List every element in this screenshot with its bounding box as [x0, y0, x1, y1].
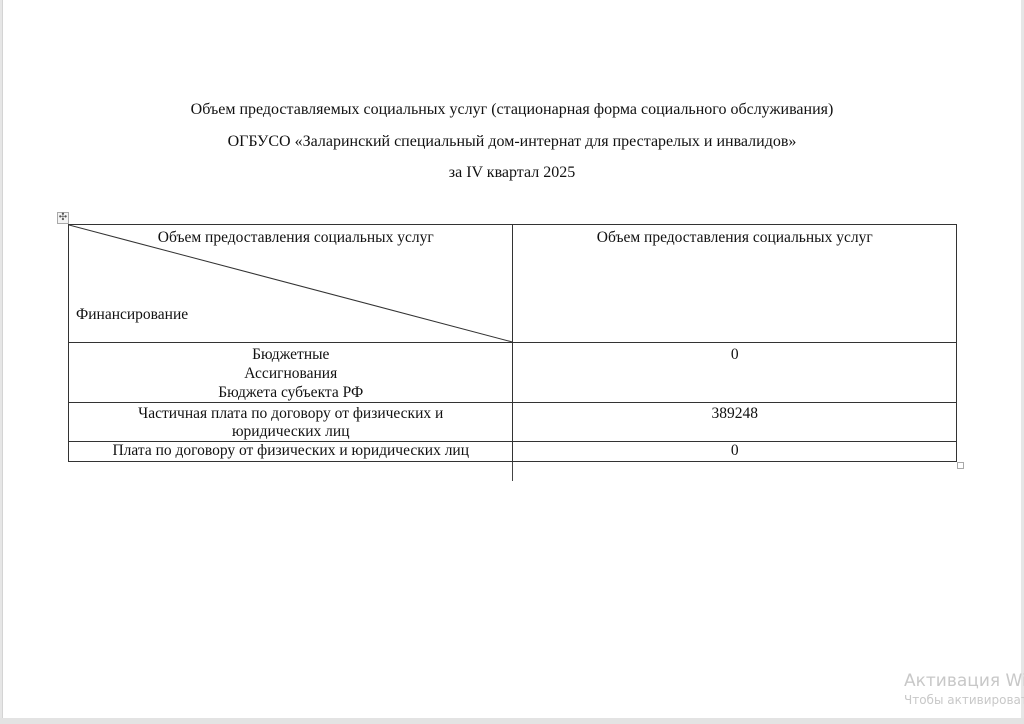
header-column2-cell[interactable]: Объем предоставления социальных услуг — [513, 225, 957, 343]
row-label-cell[interactable]: Бюджетные Ассигнования Бюджета субъекта … — [69, 343, 513, 403]
row-value-cell[interactable]: 0 — [513, 442, 957, 462]
page-bottom-edge — [0, 718, 1024, 724]
table-row: Частичная плата по договору от физически… — [69, 403, 957, 442]
header-volume-label: Объем предоставления социальных услуг — [69, 228, 512, 247]
table-row: Бюджетные Ассигнования Бюджета субъекта … — [69, 343, 957, 403]
row-label-cell[interactable]: Плата по договору от физических и юридич… — [69, 442, 513, 462]
row-label-line: Ассигнования — [73, 364, 508, 383]
row-label-line: Бюджетные — [73, 343, 508, 364]
row-label-cell[interactable]: Частичная плата по договору от физически… — [69, 403, 513, 442]
row-label-line: Частичная плата по договору от физически… — [73, 403, 508, 423]
table-row: Плата по договору от физических и юридич… — [69, 442, 957, 462]
header-financing-label: Финансирование — [76, 305, 188, 324]
table-move-handle[interactable]: ✣ — [57, 212, 69, 224]
row-label-line: Бюджета субъекта РФ — [73, 383, 508, 402]
row-label-line: Плата по договору от физических и юридич… — [73, 442, 508, 460]
document-title-line-1: Объем предоставляемых социальных услуг (… — [0, 100, 1024, 120]
table-resize-handle[interactable] — [957, 462, 964, 469]
row-value-cell[interactable]: 389248 — [513, 403, 957, 442]
row-value: 389248 — [517, 403, 952, 423]
table-header-row: Объем предоставления социальных услуг Фи… — [69, 225, 957, 343]
document-title-line-3: за IV квартал 2025 — [0, 163, 1024, 183]
services-volume-table: Объем предоставления социальных услуг Фи… — [68, 224, 957, 462]
row-label-line: юридических лиц — [73, 423, 508, 441]
row-value: 0 — [517, 343, 952, 364]
move-cross-icon: ✣ — [59, 212, 67, 223]
diagonal-header-cell[interactable]: Объем предоставления социальных услуг Фи… — [69, 225, 513, 343]
header-column2-label: Объем предоставления социальных услуг — [597, 229, 873, 246]
row-value: 0 — [517, 442, 952, 460]
column-resize-cursor[interactable] — [512, 462, 513, 481]
document-title-line-2: ОГБУСО «Заларинский специальный дом-инте… — [0, 132, 1024, 152]
row-value-cell[interactable]: 0 — [513, 343, 957, 403]
